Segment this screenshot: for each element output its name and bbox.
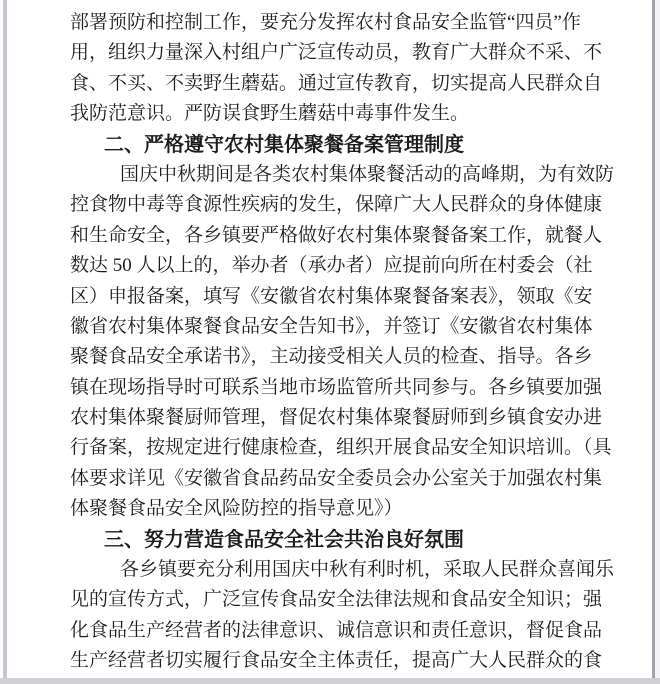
section-heading: 二、严格遵守农村集体聚餐备案管理制度 [70,130,594,160]
page-right-edge [652,0,655,684]
text-line: 各乡镇要充分利用国庆中秋有利时机，采取人民群众喜闻乐 [70,555,594,585]
text-line: 体聚餐食品安全风险防控的指导意见》） [70,494,594,524]
text-line: 我防范意识。严防误食野生蘑菇中毒事件发生。 [70,99,594,129]
text-line: 和生命安全，各乡镇要严格做好农村集体聚餐备案工作，就餐人 [70,221,594,251]
text-line: 食、不买、不卖野生蘑菇。通过宣传教育，切实提高人民群众自 [70,69,594,99]
text-line: 部署预防和控制工作，要充分发挥农村食品安全监管“四员”作 [70,8,594,38]
section-heading: 三、努力营造食品安全社会共治良好氛围 [70,525,594,555]
page-right-gutter [655,0,660,684]
page-bottom-edge [0,678,660,684]
text-line: 生产经营者切实履行食品安全主体责任，提高广大人民群众的食 [70,646,594,676]
text-line: 聚餐食品安全承诺书》，主动接受相关人员的检查、指导。各乡 [70,342,594,372]
text-line: 徽省农村集体聚餐食品安全告知书》，并签订《安徽省农村集体 [70,312,594,342]
document-page: 部署预防和控制工作，要充分发挥农村食品安全监管“四员”作用，组织力量深入村组户广… [0,0,660,684]
text-line: 用，组织力量深入村组户广泛宣传动员，教育广大群众不采、不 [70,38,594,68]
text-line: 镇在现场指导时可联系当地市场监管所共同参与。各乡镇要加强 [70,373,594,403]
text-line: 见的宣传方式，广泛宣传食品安全法律法规和食品安全知识；强 [70,585,594,615]
text-line: 体要求详见《安徽省食品药品安全委员会办公室关于加强农村集 [70,464,594,494]
page-left-edge [3,0,7,684]
text-line: 农村集体聚餐厨师管理，督促农村集体聚餐厨师到乡镇食安办进 [70,403,594,433]
document-body: 部署预防和控制工作，要充分发挥农村食品安全监管“四员”作用，组织力量深入村组户广… [70,8,594,677]
text-line: 数达 50 人以上的，举办者（承办者）应提前向所在村委会（社 [70,251,594,281]
text-line: 行备案，按规定进行健康检查，组织开展食品安全知识培训。（具 [70,433,594,463]
text-line: 国庆中秋期间是各类农村集体聚餐活动的高峰期，为有效防 [70,160,594,190]
text-line: 控食物中毒等食源性疾病的发生，保障广大人民群众的身体健康 [70,190,594,220]
text-line: 区）申报备案，填写《安徽省农村集体聚餐备案表》，领取《安 [70,282,594,312]
text-line: 化食品生产经营者的法律意识、诚信意识和责任意识，督促食品 [70,616,594,646]
